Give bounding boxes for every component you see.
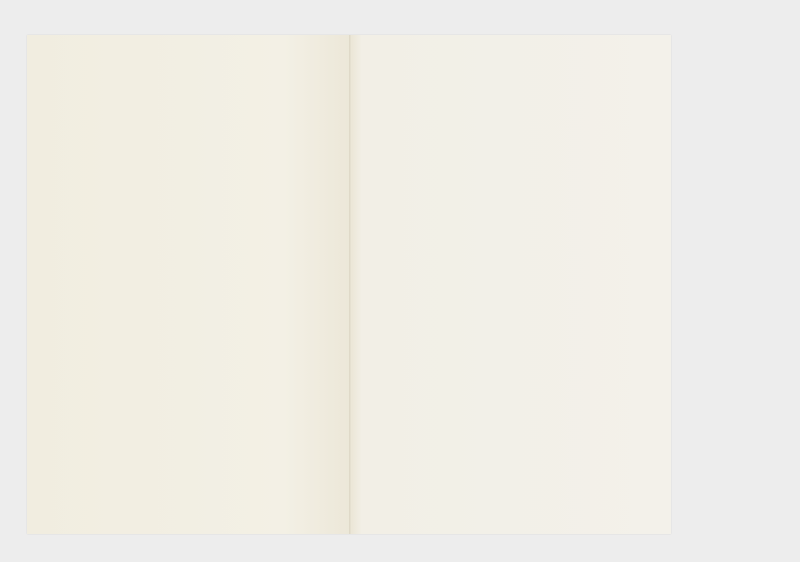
center-fold <box>349 35 351 534</box>
letter-paper <box>27 35 671 534</box>
